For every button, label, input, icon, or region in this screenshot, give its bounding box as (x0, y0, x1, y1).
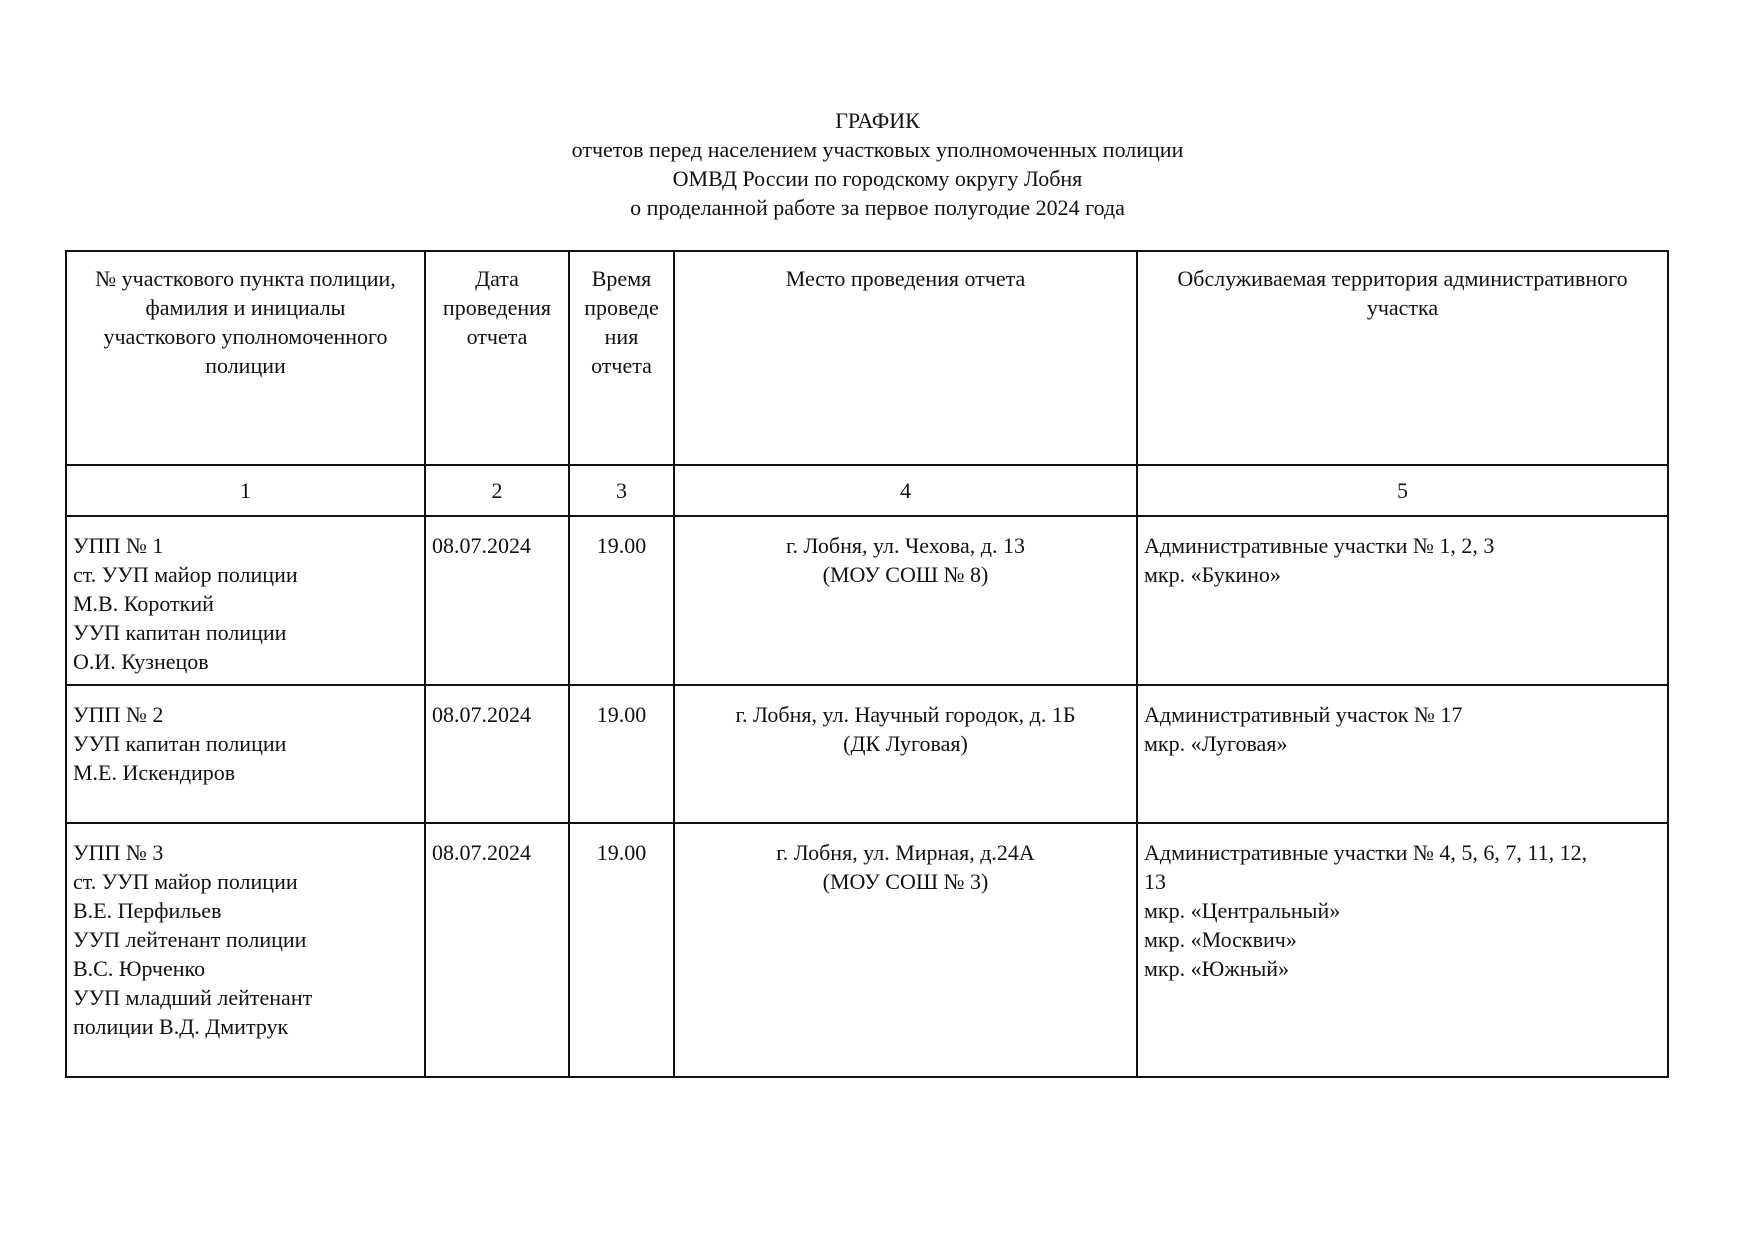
date-cell: 08.07.2024 (425, 685, 569, 823)
officers-cell: УПП № 3 ст. УУП майор полиции В.Е. Перфи… (66, 823, 425, 1077)
territory-cell: Административные участки № 1, 2, 3 мкр. … (1137, 516, 1668, 685)
officers-cell: УПП № 2 УУП капитан полиции М.Е. Искенди… (66, 685, 425, 823)
column-number-row: 1 2 3 4 5 (66, 465, 1668, 516)
time-cell: 19.00 (569, 516, 674, 685)
schedule-table: № участкового пункта полиции, фамилия и … (65, 250, 1669, 1078)
header-territory: Обслуживаемая территория административно… (1137, 251, 1668, 465)
territory-cell: Административный участок № 17 мкр. «Луго… (1137, 685, 1668, 823)
officers-cell: УПП № 1 ст. УУП майор полиции М.В. Корот… (66, 516, 425, 685)
column-number: 1 (66, 465, 425, 516)
date-cell: 08.07.2024 (425, 823, 569, 1077)
header-time: Время проведе ния отчета (569, 251, 674, 465)
header-officer: № участкового пункта полиции, фамилия и … (66, 251, 425, 465)
territory-cell: Административные участки № 4, 5, 6, 7, 1… (1137, 823, 1668, 1077)
header-row: № участкового пункта полиции, фамилия и … (66, 251, 1668, 465)
place-cell: г. Лобня, ул. Научный городок, д. 1Б (ДК… (674, 685, 1137, 823)
table-row: УПП № 1 ст. УУП майор полиции М.В. Корот… (66, 516, 1668, 685)
place-cell: г. Лобня, ул. Чехова, д. 13 (МОУ СОШ № 8… (674, 516, 1137, 685)
column-number: 5 (1137, 465, 1668, 516)
table-row: УПП № 3 ст. УУП майор полиции В.Е. Перфи… (66, 823, 1668, 1077)
time-cell: 19.00 (569, 823, 674, 1077)
document-title: ГРАФИК отчетов перед населением участков… (0, 106, 1755, 222)
title-subtitle-line-2: ОМВД России по городскому округу Лобня (0, 164, 1755, 193)
header-date: Дата проведения отчета (425, 251, 569, 465)
title-subtitle-line-1: отчетов перед населением участковых упол… (0, 135, 1755, 164)
column-number: 2 (425, 465, 569, 516)
place-cell: г. Лобня, ул. Мирная, д.24А (МОУ СОШ № 3… (674, 823, 1137, 1077)
column-number: 4 (674, 465, 1137, 516)
title-heading: ГРАФИК (0, 106, 1755, 135)
time-cell: 19.00 (569, 685, 674, 823)
title-subtitle-line-3: о проделанной работе за первое полугодие… (0, 193, 1755, 222)
date-cell: 08.07.2024 (425, 516, 569, 685)
header-place: Место проведения отчета (674, 251, 1137, 465)
column-number: 3 (569, 465, 674, 516)
table-row: УПП № 2 УУП капитан полиции М.Е. Искенди… (66, 685, 1668, 823)
